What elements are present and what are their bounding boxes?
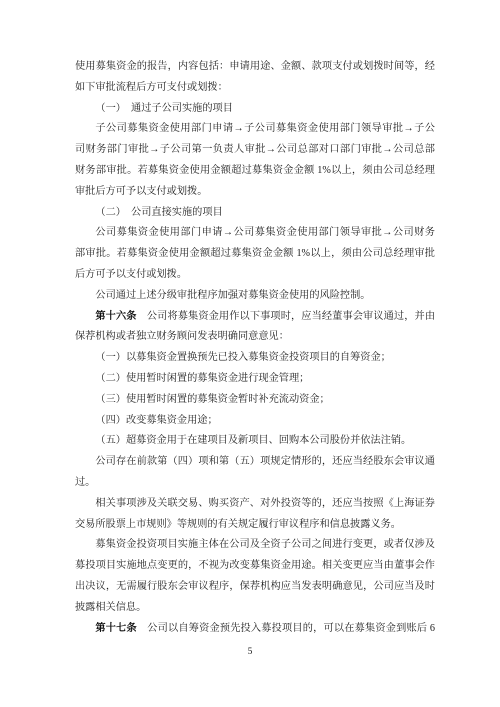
- text-line: （二） 公司直接实施的项目: [75, 203, 435, 224]
- line-text: 财务部审批。若募集资金使用金额超过募集资金金额 1%以上，须由公司总经理: [75, 165, 435, 176]
- text-line: （四）改变募集资金用途；: [75, 411, 435, 432]
- line-text: 审批后方可予以支付或划拨。: [75, 186, 207, 197]
- line-text: 公司以自筹资金预先投入募投项目的，可以在募集资金到账后 6: [137, 623, 435, 634]
- text-line: 财务部审批。若募集资金使用金额超过募集资金金额 1%以上，须由公司总经理: [75, 161, 435, 182]
- text-line: 披露相关信息。: [75, 598, 435, 619]
- line-text: 出决议，无需履行股东会审议程序，保荐机构应当发表明确意见，公司应当及时: [75, 581, 435, 592]
- text-line: （二）使用暂时闲置的募集资金进行现金管理；: [75, 369, 435, 390]
- text-line: 第十七条 公司以自筹资金预先投入募投项目的，可以在募集资金到账后 6: [75, 619, 435, 640]
- text-line: 公司募集资金使用部门申请→公司募集资金使用部门领导审批→公司财务: [75, 223, 435, 244]
- text-line: 使用募集资金的报告，内容包括：申请用途、金额、款项支付或划拨时间等，经: [75, 57, 435, 78]
- line-text: （三）使用暂时闲置的募集资金暂时补充流动资金；: [95, 394, 329, 405]
- text-line: 公司存在前款第（四）项和第（五）项规定情形的，还应当经股东会审议通: [75, 452, 435, 473]
- line-text: 部审批。若募集资金使用金额超过募集资金金额 1%以上，须由公司总经理审批: [75, 248, 435, 259]
- text-line: 第十六条 公司将募集资金用作以下事项时，应当经董事会审议通过，并由: [75, 307, 435, 328]
- article-number-bold: 第十六条: [95, 311, 136, 322]
- line-text: 后方可予以支付或划拨。: [75, 269, 187, 280]
- line-text: 募投项目实施地点变更的，不视为改变募集资金用途。相关变更应当由董事会作: [75, 560, 435, 571]
- line-text: 披露相关信息。: [75, 602, 146, 613]
- text-line: 交易所股票上市规则》等规则的有关规定履行审议程序和信息披露义务。: [75, 515, 435, 536]
- line-text: 公司通过上述分级审批程序加强对募集资金使用的风险控制。: [95, 290, 370, 301]
- text-line: 后方可予以支付或划拨。: [75, 265, 435, 286]
- line-text: 交易所股票上市规则》等规则的有关规定履行审议程序和信息披露义务。: [75, 519, 401, 530]
- line-text: 保荐机构或者独立财务顾问发表明确同意意见：: [75, 331, 289, 342]
- line-text: 子公司募集资金使用部门申请→子公司募集资金使用部门领导审批→子公: [95, 123, 435, 134]
- document-body: 使用募集资金的报告，内容包括：申请用途、金额、款项支付或划拨时间等，经如下审批流…: [75, 57, 435, 639]
- text-line: （三）使用暂时闲置的募集资金暂时补充流动资金；: [75, 390, 435, 411]
- text-line: （一）以募集资金置换预先已投入募集资金投资项目的自筹资金；: [75, 348, 435, 369]
- line-text: （四）改变募集资金用途；: [95, 415, 217, 426]
- line-text: 公司将募集资金用作以下事项时，应当经董事会审议通过，并由: [137, 311, 435, 322]
- line-text: 过。: [75, 477, 95, 488]
- text-line: 保荐机构或者独立财务顾问发表明确同意意见：: [75, 327, 435, 348]
- text-line: 相关事项涉及关联交易、购买资产、对外投资等的，还应当按照《上海证券: [75, 494, 435, 515]
- article-number-bold: 第十七条: [95, 623, 136, 634]
- text-line: 募投项目实施地点变更的，不视为改变募集资金用途。相关变更应当由董事会作: [75, 556, 435, 577]
- line-text: 使用募集资金的报告，内容包括：申请用途、金额、款项支付或划拨时间等，经: [75, 61, 435, 72]
- line-text: （二）使用暂时闲置的募集资金进行现金管理；: [95, 373, 309, 384]
- line-text: 司财务部门审批→子公司第一负责人审批→公司总部对口部门审批→公司总部: [75, 144, 435, 155]
- line-text: （一） 通过子公司实施的项目: [95, 103, 233, 114]
- text-line: 募集资金投资项目实施主体在公司及全资子公司之间进行变更，或者仅涉及: [75, 535, 435, 556]
- line-text: 相关事项涉及关联交易、购买资产、对外投资等的，还应当按照《上海证券: [95, 498, 435, 509]
- text-line: 如下审批流程后方可支付或划拨：: [75, 78, 435, 99]
- document-page: 使用募集资金的报告，内容包括：申请用途、金额、款项支付或划拨时间等，经如下审批流…: [0, 0, 500, 707]
- text-line: 过。: [75, 473, 435, 494]
- text-line: （一） 通过子公司实施的项目: [75, 99, 435, 120]
- line-text: （二） 公司直接实施的项目: [95, 207, 222, 218]
- text-line: 公司通过上述分级审批程序加强对募集资金使用的风险控制。: [75, 286, 435, 307]
- text-line: 子公司募集资金使用部门申请→子公司募集资金使用部门领导审批→子公: [75, 119, 435, 140]
- line-text: 如下审批流程后方可支付或划拨：: [75, 82, 228, 93]
- text-line: 司财务部门审批→子公司第一负责人审批→公司总部对口部门审批→公司总部: [75, 140, 435, 161]
- page-number: 5: [0, 647, 500, 657]
- text-line: 部审批。若募集资金使用金额超过募集资金金额 1%以上，须由公司总经理审批: [75, 244, 435, 265]
- text-line: 出决议，无需履行股东会审议程序，保荐机构应当发表明确意见，公司应当及时: [75, 577, 435, 598]
- line-text: （五）超募资金用于在建项目及新项目、回购本公司股份并依法注销。: [95, 435, 411, 446]
- line-text: 公司募集资金使用部门申请→公司募集资金使用部门领导审批→公司财务: [95, 227, 435, 238]
- line-text: 公司存在前款第（四）项和第（五）项规定情形的，还应当经股东会审议通: [95, 456, 435, 467]
- line-text: （一）以募集资金置换预先已投入募集资金投资项目的自筹资金；: [95, 352, 390, 363]
- text-line: （五）超募资金用于在建项目及新项目、回购本公司股份并依法注销。: [75, 431, 435, 452]
- text-line: 审批后方可予以支付或划拨。: [75, 182, 435, 203]
- line-text: 募集资金投资项目实施主体在公司及全资子公司之间进行变更，或者仅涉及: [95, 539, 435, 550]
